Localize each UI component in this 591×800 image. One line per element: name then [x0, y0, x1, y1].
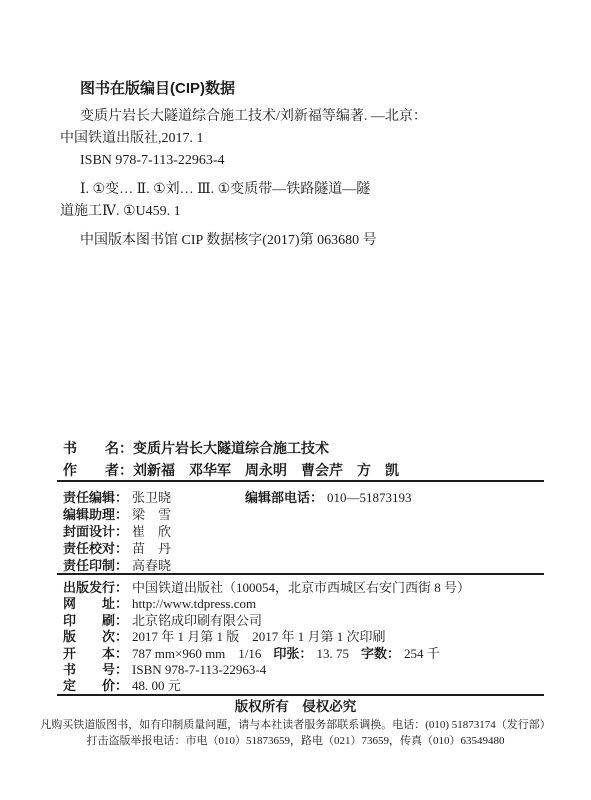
- staff-value: 崔 欣: [132, 524, 171, 539]
- editorial-phone: 编辑部电话：010—51873193: [245, 489, 412, 506]
- copyright-notice: 版权所有 侵权必究: [0, 698, 591, 715]
- book-number-row: 书 号：ISBN 978-7-113-22963-4: [63, 662, 545, 678]
- printer-row: 印 刷：北京铭成印刷有限公司: [63, 613, 545, 629]
- staff-label: 责任印制：: [63, 558, 128, 573]
- pub-value: 北京铭成印刷有限公司: [132, 613, 262, 628]
- cip-publisher-line: 中国铁道出版社,2017. 1: [60, 128, 544, 150]
- print-sheets-value: 13. 75: [316, 646, 349, 661]
- staff-label: 封面设计：: [63, 524, 128, 539]
- pub-label: 开 本：: [63, 646, 128, 661]
- staff-label: 编辑助理：: [63, 507, 128, 522]
- book-title-value: 变质片岩长大隧道综合施工技术: [133, 440, 329, 456]
- editorial-phone-label: 编辑部电话：: [245, 490, 323, 505]
- staff-value: 张卫晓: [132, 490, 171, 505]
- cip-header: 图书在版编目(CIP)数据: [60, 78, 544, 100]
- pub-label: 出版发行：: [63, 580, 128, 595]
- format-value: 787 mm×960 mm 1/16: [132, 646, 261, 661]
- pub-label: 定 价：: [63, 678, 128, 693]
- author-label: 作 者：: [63, 462, 133, 478]
- isbn-value: ISBN 978-7-113-22963-4: [132, 662, 266, 677]
- title-block: 书 名：变质片岩长大隧道综合施工技术 作 者：刘新福 邓华军 周永明 曹会芹 方…: [63, 437, 543, 481]
- copyright-page: 图书在版编目(CIP)数据 变质片岩长大隧道综合施工技术/刘新福等编著. —北京…: [0, 0, 591, 800]
- publication-section: 出版发行：中国铁道出版社（100054，北京市西城区右安门西街 8 号） 网 址…: [63, 580, 545, 695]
- divider-top: [57, 480, 544, 482]
- pub-label: 书 号：: [63, 662, 128, 677]
- pub-label: 版 次：: [63, 629, 128, 644]
- word-count-value: 254 千: [404, 646, 440, 661]
- divider-bottom: [57, 694, 544, 696]
- cip-classification-line-1: Ⅰ. ①变… Ⅱ. ①刘… Ⅲ. ①变质带—铁路隧道—隧: [60, 179, 544, 201]
- book-title-label: 书 名：: [63, 440, 133, 456]
- cip-title-line: 变质片岩长大隧道综合施工技术/刘新福等编著. —北京：: [60, 106, 544, 128]
- staff-value: 苗 丹: [132, 541, 171, 556]
- divider-middle: [57, 573, 544, 575]
- cip-section: 图书在版编目(CIP)数据 变质片岩长大隧道综合施工技术/刘新福等编著. —北京…: [60, 78, 544, 252]
- publisher-row: 出版发行：中国铁道出版社（100054，北京市西城区右安门西街 8 号）: [63, 580, 545, 596]
- pub-label: 印 刷：: [63, 613, 128, 628]
- service-notice-line: 凡购买铁道版图书，如有印制质量问题，请与本社读者服务部联系调换。电话：(010)…: [0, 718, 591, 733]
- price-value: 48. 00 元: [132, 678, 181, 693]
- book-title-row: 书 名：变质片岩长大隧道综合施工技术: [63, 437, 543, 459]
- staff-label: 责任编辑：: [63, 490, 128, 505]
- author-names: 刘新福 邓华军 周永明 曹会芹 方 凯: [133, 462, 399, 478]
- cip-classification-line-2: 道施工Ⅳ. ①U459. 1: [60, 201, 544, 223]
- edition-row: 版 次：2017 年 1 月第 1 版 2017 年 1 月第 1 次印刷: [63, 629, 545, 645]
- staff-row-proofreader: 责任校对：苗 丹: [63, 540, 543, 557]
- staff-row-assistant: 编辑助理：梁 雪: [63, 506, 543, 523]
- cip-record-line: 中国版本图书馆 CIP 数据核字(2017)第 063680 号: [60, 230, 544, 252]
- author-row: 作 者：刘新福 邓华军 周永明 曹会芹 方 凯: [63, 459, 543, 481]
- staff-value: 梁 雪: [132, 507, 171, 522]
- pub-value: 2017 年 1 月第 1 版 2017 年 1 月第 1 次印刷: [132, 629, 386, 644]
- staff-value: 高春晓: [132, 558, 171, 573]
- staff-section: 责任编辑：张卫晓 编辑部电话：010—51873193 编辑助理：梁 雪 封面设…: [63, 489, 543, 574]
- website-row: 网 址：http://www.tdpress.com: [63, 596, 545, 612]
- cip-isbn-line: ISBN 978-7-113-22963-4: [60, 150, 544, 172]
- word-count-label: 字数：: [361, 646, 400, 661]
- staff-row-print-supervisor: 责任印制：高春晓: [63, 557, 543, 574]
- pub-label: 网 址：: [63, 596, 128, 611]
- website-url: http://www.tdpress.com: [132, 596, 256, 611]
- anti-piracy-line: 打击盗版举报电话：市电（010）51873659，路电（021）73659，传真…: [0, 734, 591, 749]
- format-row: 开 本：787 mm×960 mm 1/16印张：13. 75字数：254 千: [63, 646, 545, 662]
- staff-row-editor: 责任编辑：张卫晓 编辑部电话：010—51873193: [63, 489, 543, 506]
- price-row: 定 价：48. 00 元: [63, 678, 545, 694]
- staff-label: 责任校对：: [63, 541, 128, 556]
- pub-value: 中国铁道出版社（100054，北京市西城区右安门西街 8 号）: [132, 580, 470, 595]
- editorial-phone-value: 010—51873193: [327, 490, 412, 505]
- print-sheets-label: 印张：: [273, 646, 312, 661]
- staff-row-cover-design: 封面设计：崔 欣: [63, 523, 543, 540]
